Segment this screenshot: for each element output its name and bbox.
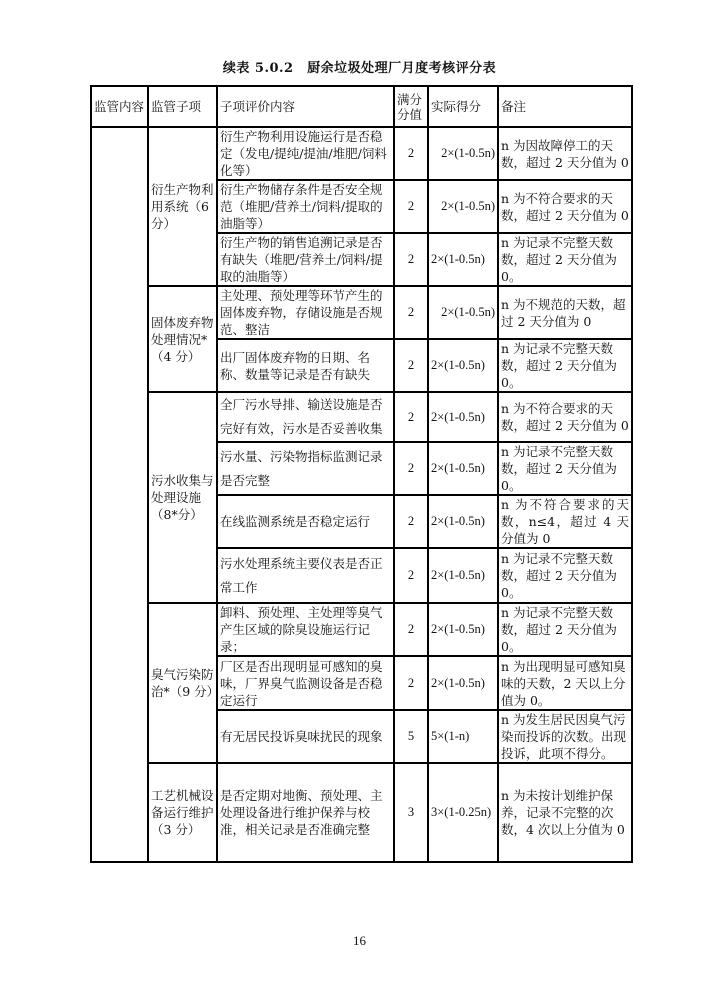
header-category: 监管内容 <box>91 86 148 127</box>
actual-score-cell: 2×(1-0.5n) <box>428 495 498 548</box>
content-cell: 污水量、污染物指标监测记录是否完整 <box>217 442 394 495</box>
note-cell: n 为记录不完整天数数，超过 2 天分值为 0。 <box>498 603 632 656</box>
content-cell: 出厂固体废弃物的日期、名称、数量等记录是否有缺失 <box>217 339 394 392</box>
content-cell: 衍生产物储存条件是否安全规范（堆肥/营养土/饲料/提取的油脂等） <box>217 180 394 233</box>
subitem-cell: 污水收集与处理设施（8*分） <box>148 392 217 603</box>
full-score-cell: 2 <box>394 392 428 442</box>
note-cell: n 为因故障停工的天数，超过 2 天分值为 0 <box>498 127 632 180</box>
full-score-cell: 2 <box>394 442 428 495</box>
subitem-cell: 衍生产物利用系统（6分） <box>148 127 217 286</box>
content-cell: 厂区是否出现明显可感知的臭味，厂界臭气监测设备是否稳定运行 <box>217 656 394 710</box>
content-cell: 衍生产物利用设施运行是否稳定（发电/提纯/提油/堆肥/饲料化等） <box>217 127 394 180</box>
table-title: 续表 5.0.2 厨余垃圾处理厂月度考核评分表 <box>0 57 719 76</box>
table-row: 工艺机械设备运行维护（3 分） 是否定期对地衡、预处理、主处理设备进行维护保养与… <box>91 763 632 862</box>
full-score-cell: 2 <box>394 603 428 656</box>
note-cell: n 为发生居民因臭气污染而投诉的次数。出现投诉，此项不得分。 <box>498 710 632 763</box>
full-score-cell: 3 <box>394 763 428 862</box>
header-subitem: 监管子项 <box>148 86 217 127</box>
subitem-cell: 固体废弃物处理情况*（4 分） <box>148 286 217 392</box>
note-cell: n 为记录不完整天数数，超过 2 天分值为 0。 <box>498 339 632 392</box>
note-cell: n 为出现明显可感知臭味的天数，2 天以上分值为 0。 <box>498 656 632 710</box>
table-row: 臭气污染防治*（9 分） 卸料、预处理、主处理等臭气产生区域的除臭设施运行记录；… <box>91 603 632 656</box>
note-cell: n 为不规范的天数，超过 2 天分值为 0 <box>498 286 632 339</box>
note-cell: n 为记录不完整天数数，超过 2 天分值为 0。 <box>498 548 632 603</box>
actual-score-cell: 2×(1-0.5n) <box>428 548 498 603</box>
full-score-cell: 2 <box>394 233 428 286</box>
note-cell: n 为未按计划维护保养，记录不完整的次数，4 次以上分值为 0 <box>498 763 632 862</box>
content-cell: 衍生产物的销售追溯记录是否有缺失（堆肥/营养土/饲料/提取的油脂等） <box>217 233 394 286</box>
actual-score-cell: 3×(1-0.25n) <box>428 763 498 862</box>
header-full-score: 满分分值 <box>394 86 428 127</box>
full-score-cell: 2 <box>394 286 428 339</box>
actual-score-cell: 5×(1-n) <box>428 710 498 763</box>
actual-score-cell: 2×(1-0.5n) <box>428 286 498 339</box>
note-cell: n 为记录不完整天数数，超过 2 天分值为 0。 <box>498 233 632 286</box>
header-note: 备注 <box>498 86 632 127</box>
assessment-table: 监管内容 监管子项 子项评价内容 满分分值 实际得分 备注 衍生产物利用系统（6… <box>90 85 633 863</box>
actual-score-cell: 2×(1-0.5n) <box>428 233 498 286</box>
actual-score-cell: 2×(1-0.5n) <box>428 603 498 656</box>
note-cell: n 为记录不完整天数数，超过 2 天分值为 0。 <box>498 442 632 495</box>
full-score-cell: 5 <box>394 710 428 763</box>
actual-score-cell: 2×(1-0.5n) <box>428 180 498 233</box>
full-score-cell: 2 <box>394 495 428 548</box>
full-score-cell: 2 <box>394 180 428 233</box>
note-cell: n 为不符合要求的天数，超过 2 天分值为 0 <box>498 392 632 442</box>
content-cell: 是否定期对地衡、预处理、主处理设备进行维护保养与校准，相关记录是否准确完整 <box>217 763 394 862</box>
actual-score-cell: 2×(1-0.5n) <box>428 339 498 392</box>
table-row: 污水收集与处理设施（8*分） 全厂污水导排、输送设施是否完好有效，污水是否妥善收… <box>91 392 632 442</box>
header-actual-score: 实际得分 <box>428 86 498 127</box>
subitem-cell: 工艺机械设备运行维护（3 分） <box>148 763 217 862</box>
note-cell: n 为不符合要求的天数，超过 2 天分值为 0 <box>498 180 632 233</box>
actual-score-cell: 2×(1-0.5n) <box>428 392 498 442</box>
full-score-cell: 2 <box>394 656 428 710</box>
content-cell: 污水处理系统主要仪表是否正常工作 <box>217 548 394 603</box>
note-cell: n 为不符合要求的天数，n≤4，超过 4 天分值为 0 <box>498 495 632 548</box>
content-cell: 有无居民投诉臭味扰民的现象 <box>217 710 394 763</box>
full-score-cell: 2 <box>394 548 428 603</box>
full-score-cell: 2 <box>394 339 428 392</box>
page-number: 16 <box>0 933 719 949</box>
header-content: 子项评价内容 <box>217 86 394 127</box>
table-row: 衍生产物利用系统（6分） 衍生产物利用设施运行是否稳定（发电/提纯/提油/堆肥/… <box>91 127 632 180</box>
content-cell: 在线监测系统是否稳定运行 <box>217 495 394 548</box>
full-score-cell: 2 <box>394 127 428 180</box>
header-row: 监管内容 监管子项 子项评价内容 满分分值 实际得分 备注 <box>91 86 632 127</box>
actual-score-cell: 2×(1-0.5n) <box>428 656 498 710</box>
content-cell: 全厂污水导排、输送设施是否完好有效，污水是否妥善收集 <box>217 392 394 442</box>
actual-score-cell: 2×(1-0.5n) <box>428 127 498 180</box>
subitem-cell: 臭气污染防治*（9 分） <box>148 603 217 763</box>
content-cell: 主处理、预处理等环节产生的固体废弃物，存储设施是否规范、整洁 <box>217 286 394 339</box>
actual-score-cell: 2×(1-0.5n) <box>428 442 498 495</box>
category-cell <box>91 127 148 862</box>
table-row: 固体废弃物处理情况*（4 分） 主处理、预处理等环节产生的固体废弃物，存储设施是… <box>91 286 632 339</box>
content-cell: 卸料、预处理、主处理等臭气产生区域的除臭设施运行记录； <box>217 603 394 656</box>
